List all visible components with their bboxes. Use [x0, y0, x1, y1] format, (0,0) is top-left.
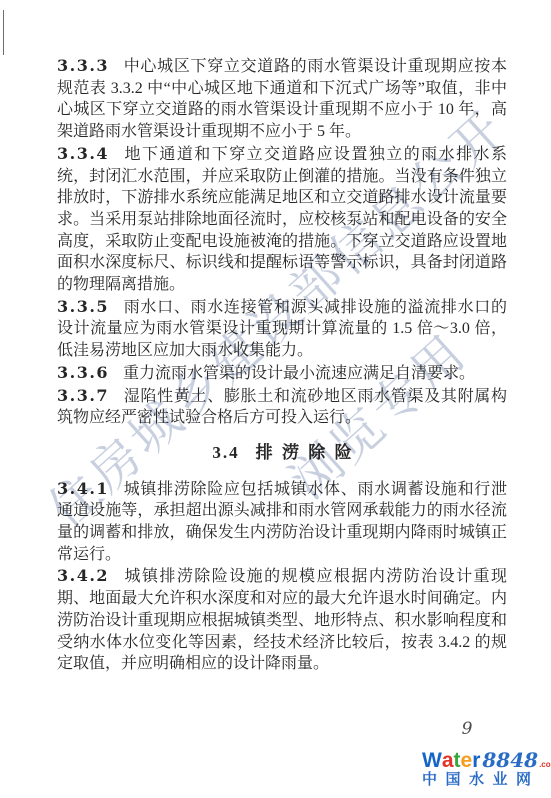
page-number: 9 [450, 719, 484, 739]
clause-number: 3.4.2 [57, 566, 109, 585]
logo-letter-t: t [454, 750, 461, 771]
section-title: 排涝除险 [256, 443, 361, 462]
section-heading: 3.4排涝除险 [57, 442, 507, 464]
document-page: 住房城乡建设部信息公开 浏览专用 3.3.3中心城区下穿立交道路的雨水管渠设计重… [0, 0, 551, 798]
logo-letter-e: e [461, 750, 473, 771]
logo-tagline: 中国水业网 [422, 772, 551, 788]
document-body: 3.3.3中心城区下穿立交道路的雨水管渠设计重现期应按本规范表 3.3.2 中“… [57, 55, 507, 675]
logo-wordmark: Water8848.com [422, 750, 549, 771]
clause-text: 雨水口、雨水连接管和源头减排设施的溢流排水口的设计流量应为雨水管渠设计重现期计算… [57, 299, 507, 359]
clause-text: 湿陷性黄土、膨胀土和流砂地区雨水管渠及其附属构筑物应经严密性试验合格后方可投入运… [57, 388, 507, 427]
logo-letter-w: W [422, 750, 442, 771]
clause-text: 重力流雨水管渠的设计最小流速应满足自清要求。 [123, 365, 475, 382]
clause-text: 城镇排涝除险设施的规模应根据内涝防治设计重现期、地面最大允许积水深度和对应的最大… [57, 568, 507, 672]
clause-number: 3.3.6 [57, 363, 109, 382]
logo-letter-r: r [472, 750, 480, 771]
clause-3-3-6: 3.3.6重力流雨水管渠的设计最小流速应满足自清要求。 [57, 362, 507, 385]
clause-3-4-2: 3.4.2城镇排涝除险设施的规模应根据内涝防治设计重现期、地面最大允许积水深度和… [57, 565, 507, 675]
clause-number: 3.3.7 [57, 386, 109, 405]
water8848-logo: Water8848.com 中国水业网 [422, 750, 549, 788]
clause-text: 中心城区下穿立交道路的雨水管渠设计重现期应按本规范表 3.3.2 中“中心城区地… [57, 58, 507, 140]
clause-3-4-1: 3.4.1城镇排涝除险应包括城镇水体、雨水调蓄设施和行泄通道设施等，承担超出源头… [57, 478, 507, 566]
clause-3-3-5: 3.3.5雨水口、雨水连接管和源头减排设施的溢流排水口的设计流量应为雨水管渠设计… [57, 296, 507, 362]
logo-letter-a: a [442, 750, 454, 771]
logo-number: 8848 [482, 750, 538, 770]
scan-spine-artifact [3, 10, 4, 55]
clause-3-3-4: 3.3.4地下通道和下穿立交道路应设置独立的雨水排水系统，封闭汇水范围，并应采取… [57, 143, 507, 296]
clause-3-3-7: 3.3.7湿陷性黄土、膨胀土和流砂地区雨水管渠及其附属构筑物应经严密性试验合格后… [57, 385, 507, 429]
clause-text: 城镇排涝除险应包括城镇水体、雨水调蓄设施和行泄通道设施等，承担超出源头减排和雨水… [57, 481, 507, 563]
clause-number: 3.3.5 [57, 297, 109, 316]
logo-tld: .com [539, 761, 551, 769]
clause-number: 3.3.4 [57, 144, 109, 163]
clause-number: 3.4.1 [57, 479, 109, 498]
section-number: 3.4 [212, 443, 239, 462]
clause-text: 地下通道和下穿立交道路应设置独立的雨水排水系统，封闭汇水范围，并应采取防止倒灌的… [57, 146, 507, 293]
clause-3-3-3: 3.3.3中心城区下穿立交道路的雨水管渠设计重现期应按本规范表 3.3.2 中“… [57, 55, 507, 143]
clause-number: 3.3.3 [57, 56, 109, 75]
